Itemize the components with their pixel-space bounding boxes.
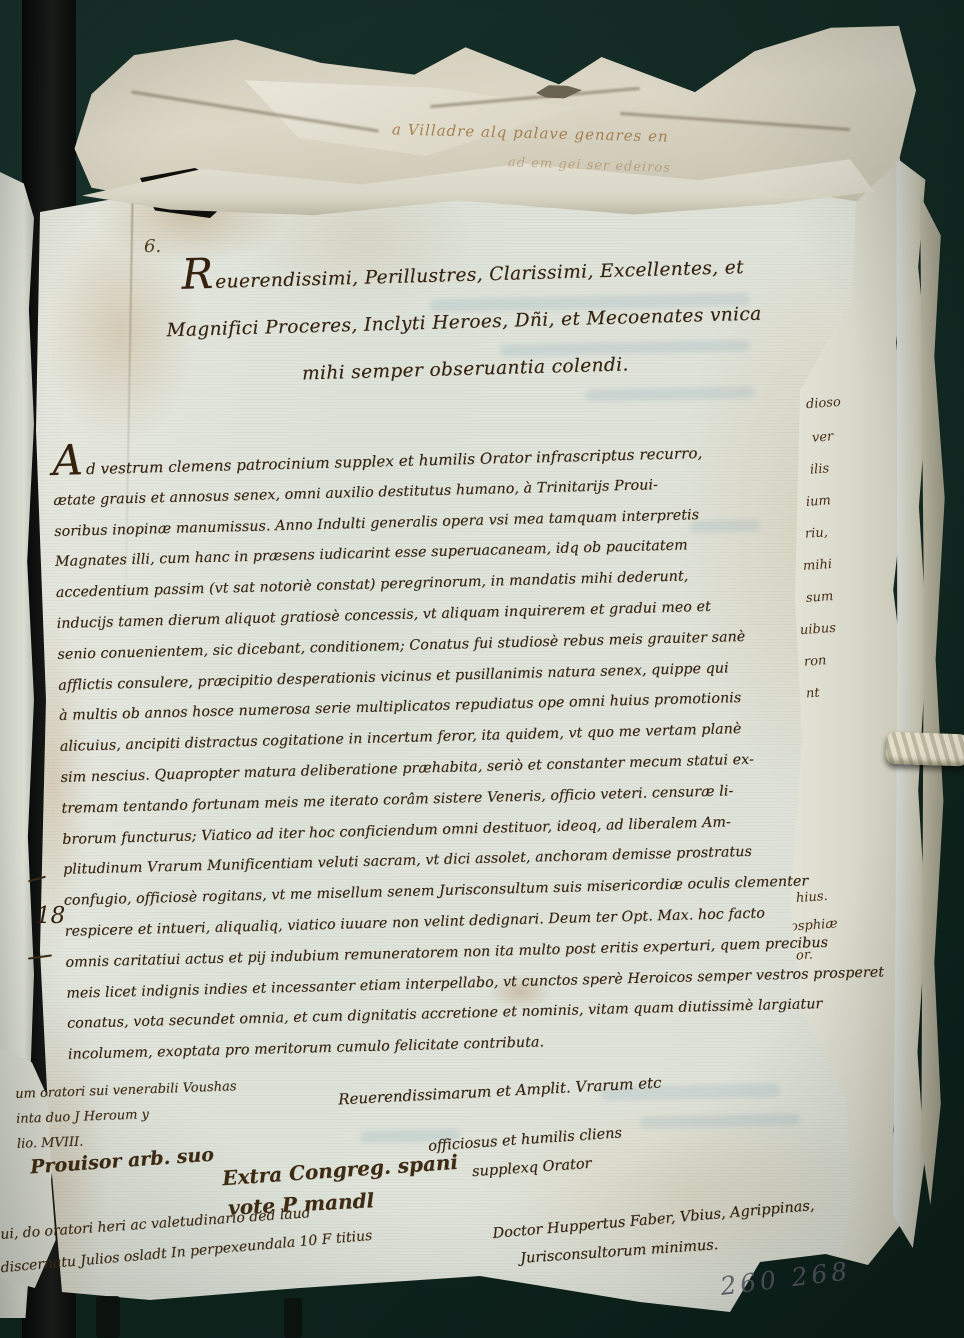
edge-fragment: uibus [800, 621, 837, 638]
letter-heading: Reuerendissimi, Perillustres, Clarissimi… [138, 234, 790, 402]
page-stack-edge [920, 195, 946, 1205]
binding-cord [885, 732, 964, 767]
edge-fragment: dioso [806, 395, 842, 412]
edge-fragment: ium [806, 493, 832, 510]
edge-fragment: nt [805, 686, 820, 702]
edge-fragment: riu, [805, 525, 829, 542]
edge-fragment: ilis [810, 461, 830, 477]
edge-fragment: sum [806, 589, 834, 606]
manuscript-photo: dioso ver ilis ium riu, mihi sum uibus r… [0, 0, 964, 1338]
binding-shadow-mark [284, 1298, 302, 1338]
margin-number: 18 [36, 903, 65, 929]
binding-shadow-mark [96, 1296, 120, 1338]
edge-fragment: ron [804, 653, 827, 670]
letter-body: Ad vestrum clemens patrocinium supplex e… [52, 427, 812, 1071]
edge-fragment: ver [812, 429, 834, 445]
edge-fragment: mihi [803, 557, 833, 574]
